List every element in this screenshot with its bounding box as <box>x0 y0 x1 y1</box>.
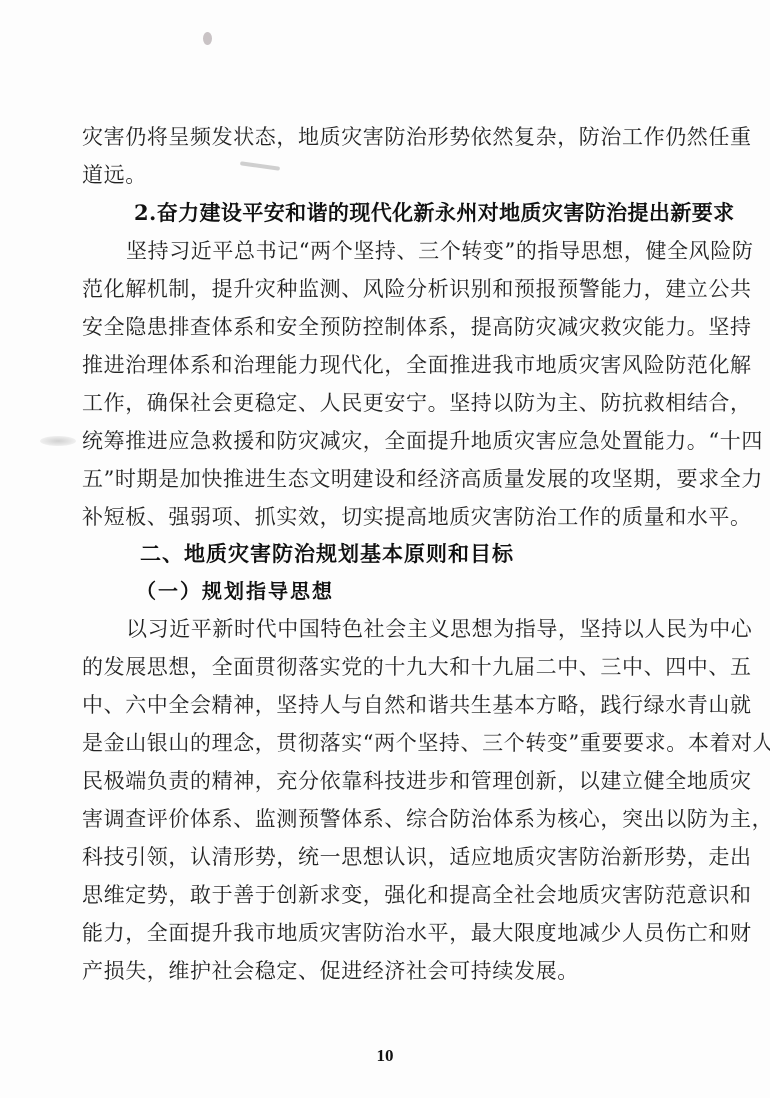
section-heading: 2.奋力建设平安和谐的现代化新永州对地质灾害防治提出新要求 <box>134 200 735 226</box>
body-text-line: 安全隐患排查体系和安全预防控制体系，提高防灾减灾救灾能力。坚持 <box>82 314 694 340</box>
scan-smudge <box>40 436 76 446</box>
body-text-line: 是金山银山的理念，贯彻落实“两个坚持、三个转变”重要要求。本着对人 <box>82 730 694 756</box>
subsection-heading: （一）规划指导思想 <box>136 578 334 604</box>
body-text-line: 工作，确保社会更稳定、人民更安宁。坚持以防为主、防抗救相结合， <box>82 390 694 416</box>
body-text-line: 五”时期是加快推进生态文明建设和经济高质量发展的攻坚期，要求全力 <box>82 466 694 492</box>
body-text-line: 害调查评价体系、监测预警体系、综合防治体系为核心，突出以防为主， <box>82 806 694 832</box>
page-number: 10 <box>370 1046 400 1066</box>
body-text-line: 中、六中全会精神，坚持人与自然和谐共生基本方略，践行绿水青山就 <box>82 692 694 718</box>
chapter-heading: 二、地质灾害防治规划基本原则和目标 <box>140 541 514 567</box>
body-text-line: 能力，全面提升我市地质灾害防治水平，最大限度地减少人员伤亡和财 <box>82 920 694 946</box>
body-text-line: 思维定势，敢于善于创新求变，强化和提高全社会地质灾害防范意识和 <box>82 882 694 908</box>
body-text-line: 灾害仍将呈频发状态，地质灾害防治形势依然复杂，防治工作仍然任重 <box>82 124 694 150</box>
body-text-line: 民极端负责的精神，充分依靠科技进步和管理创新，以建立健全地质灾 <box>82 768 694 794</box>
body-text-line: 补短板、强弱项、抓实效，切实提高地质灾害防治工作的质量和水平。 <box>82 504 694 530</box>
body-text-line: 以习近平新时代中国特色社会主义思想为指导，坚持以人民为中心 <box>126 616 694 642</box>
body-text-line: 推进治理体系和治理能力现代化，全面推进我市地质灾害风险防范化解 <box>82 352 694 378</box>
body-text-line: 范化解机制，提升灾种监测、风险分析识别和预报预警能力，建立公共 <box>82 276 694 302</box>
scan-smudge <box>203 32 212 45</box>
body-text-line: 道远。 <box>82 162 694 188</box>
body-text-line: 的发展思想，全面贯彻落实党的十九大和十九届二中、三中、四中、五 <box>82 654 694 680</box>
body-text-line: 坚持习近平总书记“两个坚持、三个转变”的指导思想，健全风险防 <box>126 238 694 264</box>
document-page: 灾害仍将呈频发状态，地质灾害防治形势依然复杂，防治工作仍然任重 道远。 2.奋力… <box>0 0 770 1098</box>
body-text-line: 统筹推进应急救援和防灾减灾，全面提升地质灾害应急处置能力。“十四 <box>82 428 694 454</box>
body-text-line: 科技引领，认清形势，统一思想认识，适应地质灾害防治新形势，走出 <box>82 844 694 870</box>
body-text-line: 产损失，维护社会稳定、促进经济社会可持续发展。 <box>82 958 694 984</box>
